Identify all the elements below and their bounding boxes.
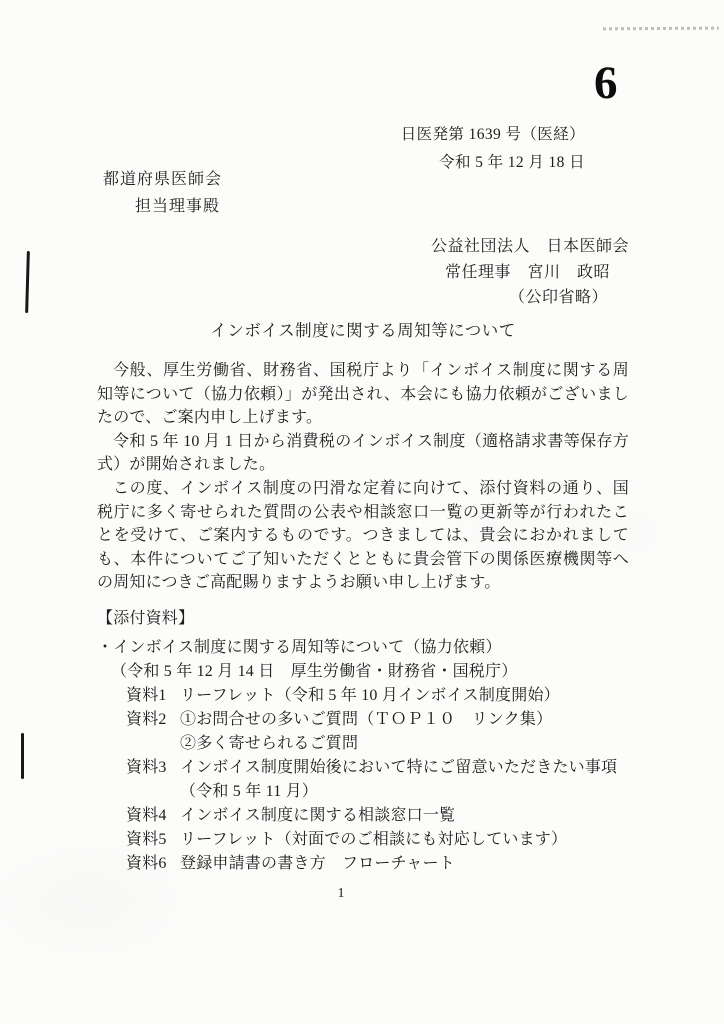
attachment-text: ①お問合せの多いご質問（ＴＯＰ１０ リンク集） <box>180 708 552 732</box>
document-number: 日医発第 1639 号（医経） <box>401 121 585 149</box>
addressee-organization: 都道府県医師会 <box>103 166 222 193</box>
document-date: 令和 5 年 12 月 18 日 <box>401 149 585 177</box>
attachment-label: 資料5 <box>126 828 180 852</box>
attachment-text: インボイス制度に関する相談窓口一覧 <box>180 804 455 828</box>
attachment-source-date: （令和 5 年 12 月 14 日 厚生労働省・財務省・国税庁） <box>97 660 645 684</box>
attachment-source-title: ・インボイス制度に関する周知等について（協力依頼） <box>97 636 645 660</box>
page-number: 1 <box>0 886 682 902</box>
addressee-title: 担当理事殿 <box>103 193 222 220</box>
attachment-label: 資料4 <box>126 804 180 828</box>
sender-block: 公益社団法人 日本医師会 常任理事 宮川 政昭 （公印省略） <box>431 234 629 311</box>
sender-seal-note: （公印省略） <box>431 285 629 311</box>
body-paragraph: 令和 5 年 10 月 1 日から消費税のインボイス制度（適格請求書等保存方式）… <box>97 430 629 477</box>
attachment-label: 資料6 <box>126 852 180 876</box>
scan-artifact-left-bar-2 <box>21 733 24 779</box>
attachment-label: 資料2 <box>126 708 180 732</box>
attachments-section: 【添付資料】 ・インボイス制度に関する周知等について（協力依頼） （令和 5 年… <box>97 607 645 876</box>
sender-organization: 公益社団法人 日本医師会 <box>431 234 629 260</box>
scanned-letter-page: 6 日医発第 1639 号（医経） 令和 5 年 12 月 18 日 都道府県医… <box>0 0 724 1024</box>
attachment-text-continued: （令和 5 年 11 月） <box>97 780 645 804</box>
attachment-item: 資料5 リーフレット（対面でのご相談にも対応しています） <box>97 828 645 852</box>
attachment-text: リーフレット（対面でのご相談にも対応しています） <box>180 828 567 852</box>
scan-artifact-left-bar-1 <box>25 251 30 313</box>
attachment-text: 登録申請書の書き方 フローチャート <box>180 852 455 876</box>
sender-person: 常任理事 宮川 政昭 <box>431 260 629 286</box>
addressee-block: 都道府県医師会 担当理事殿 <box>103 166 222 220</box>
attachment-item: 資料3 インボイス制度開始後において特にご留意いただきたい事項 <box>97 756 645 780</box>
attachment-text: インボイス制度開始後において特にご留意いただきたい事項 <box>180 756 617 780</box>
handwritten-page-index: 6 <box>594 56 618 110</box>
subject-title: インボイス制度に関する周知等について <box>97 317 629 341</box>
body-paragraph: この度、インボイス制度の円滑な定着に向けて、添付資料の通り、国税庁に多く寄せられ… <box>97 477 629 595</box>
attachment-text-continued: ②多く寄せられるご質問 <box>97 732 645 756</box>
body-paragraph: 今般、厚生労働省、財務省、国税庁より「インボイス制度に関する周知等について（協力… <box>97 359 629 430</box>
scan-artifact-top-noise <box>603 27 719 31</box>
attachment-item: 資料2 ①お問合せの多いご質問（ＴＯＰ１０ リンク集） <box>97 708 645 732</box>
attachment-label: 資料1 <box>126 684 180 708</box>
letter-body: 今般、厚生労働省、財務省、国税庁より「インボイス制度に関する周知等について（協力… <box>97 359 629 595</box>
attachment-text: リーフレット（令和 5 年 10 月インボイス制度開始） <box>180 684 560 708</box>
document-header: 日医発第 1639 号（医経） 令和 5 年 12 月 18 日 <box>401 121 585 176</box>
attachment-label: 資料3 <box>126 756 180 780</box>
attachment-item: 資料1 リーフレット（令和 5 年 10 月インボイス制度開始） <box>97 684 645 708</box>
attachment-item: 資料6 登録申請書の書き方 フローチャート <box>97 852 645 876</box>
attachment-item: 資料4 インボイス制度に関する相談窓口一覧 <box>97 804 645 828</box>
attachments-heading: 【添付資料】 <box>97 607 645 631</box>
